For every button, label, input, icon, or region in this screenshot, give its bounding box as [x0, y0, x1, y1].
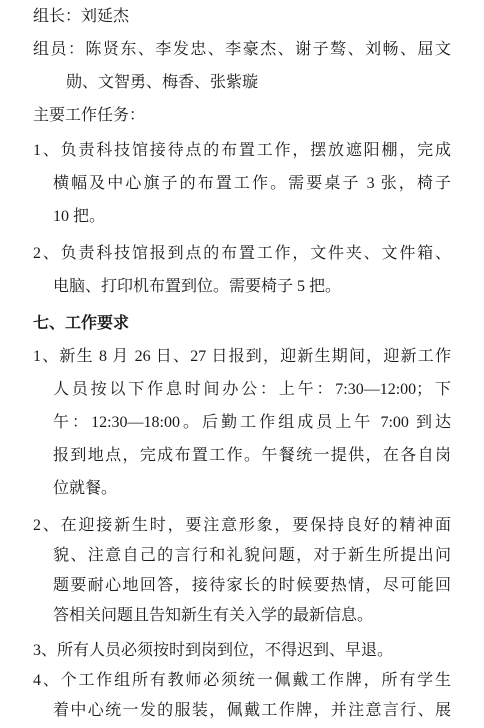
list-number: 2、 — [33, 245, 61, 262]
text-line: 2、负责科技馆报到点的布置工作，文件夹、文件箱、 — [33, 237, 451, 270]
task-item-1: 1、负责科技馆接待点的布置工作，摆放遮阳棚，完成 横幅及中心旗子的布置工作。需要… — [33, 134, 451, 233]
text-line: 人员按以下作息时间办公：上午：7:30—12:00；下 — [33, 373, 451, 406]
tasks-title: 主要工作任务： — [33, 99, 451, 132]
document-page: 组长：刘延杰 组员：陈贤东、李发忠、李豪杰、谢子骜、刘畅、屈文 勋、文智勇、梅香… — [0, 0, 484, 728]
text-line: 组员：陈贤东、李发忠、李豪杰、谢子骜、刘畅、屈文 — [33, 33, 451, 66]
list-number: 1、 — [33, 348, 59, 365]
text-line: 题要耐心地回答，接待家长的时候要热情，尽可能回 — [33, 571, 451, 601]
text-line: 主要工作任务： — [33, 99, 451, 132]
text-run: 所有人员必须按时到岗到位，不得迟到、早退。 — [57, 642, 393, 659]
text-line: 横幅及中心旗子的布置工作。需要桌子 3 张，椅子 — [33, 167, 451, 200]
text-line: 勋、文智勇、梅香、张紫璇 — [33, 66, 451, 99]
text-run: 负责科技馆报到点的布置工作，文件夹、文件箱、 — [61, 245, 451, 262]
text-line: 位就餐。 — [33, 472, 451, 505]
task-item-2: 2、负责科技馆报到点的布置工作，文件夹、文件箱、 电脑、打印机布置到位。需要椅子… — [33, 237, 451, 303]
text-line: 4、个工作组所有教师必须统一佩戴工作牌，所有学生 — [33, 666, 451, 696]
requirement-item-3: 3、所有人员必须按时到岗到位，不得迟到、早退。 — [33, 636, 451, 666]
text-line: 七、工作要求 — [33, 307, 451, 340]
text-line: 2、在迎接新生时，要注意形象，要保持良好的精神面 — [33, 511, 451, 541]
text-line: 10 把。 — [33, 200, 451, 233]
text-line: 1、负责科技馆接待点的布置工作，摆放遮阳棚，完成 — [33, 134, 451, 167]
leader-paragraph: 组长：刘延杰 — [33, 0, 451, 33]
text-run: 新生 8 月 26 日、27 日报到，迎新生期间，迎新工作 — [59, 348, 451, 365]
requirement-item-4: 4、个工作组所有教师必须统一佩戴工作牌，所有学生 着中心统一发的服装，佩戴工作牌… — [33, 666, 451, 726]
text-line: 组长：刘延杰 — [33, 0, 451, 33]
members-paragraph: 组员：陈贤东、李发忠、李豪杰、谢子骜、刘畅、屈文 勋、文智勇、梅香、张紫璇 — [33, 33, 451, 99]
list-number: 2、 — [33, 517, 61, 534]
list-number: 1、 — [33, 142, 61, 159]
text-line: 貌、注意自己的言行和礼貌问题，对于新生所提出问 — [33, 541, 451, 571]
requirement-item-2: 2、在迎接新生时，要注意形象，要保持良好的精神面 貌、注意自己的言行和礼貌问题，… — [33, 511, 451, 631]
text-run: 在迎接新生时，要注意形象，要保持良好的精神面 — [61, 517, 451, 534]
text-line: 着中心统一发的服装，佩戴工作牌，并注意言行、展 — [33, 696, 451, 726]
text-line: 电脑、打印机布置到位。需要椅子 5 把。 — [33, 270, 451, 303]
text-run: 个工作组所有教师必须统一佩戴工作牌，所有学生 — [61, 672, 451, 689]
list-number: 3、 — [33, 642, 57, 659]
text-line: 午：12:30—18:00。后勤工作组成员上午 7:00 到达 — [33, 406, 451, 439]
text-line: 报到地点，完成布置工作。午餐统一提供，在各自岗 — [33, 439, 451, 472]
work-requirements-heading: 七、工作要求 — [33, 307, 451, 340]
text-line: 3、所有人员必须按时到岗到位，不得迟到、早退。 — [33, 636, 451, 666]
text-line: 答相关问题且告知新生有关入学的最新信息。 — [33, 601, 451, 631]
requirement-item-1: 1、新生 8 月 26 日、27 日报到，迎新生期间，迎新工作 人员按以下作息时… — [33, 340, 451, 505]
text-run: 负责科技馆接待点的布置工作，摆放遮阳棚，完成 — [61, 142, 451, 159]
text-line: 1、新生 8 月 26 日、27 日报到，迎新生期间，迎新工作 — [33, 340, 451, 373]
list-number: 4、 — [33, 672, 61, 689]
